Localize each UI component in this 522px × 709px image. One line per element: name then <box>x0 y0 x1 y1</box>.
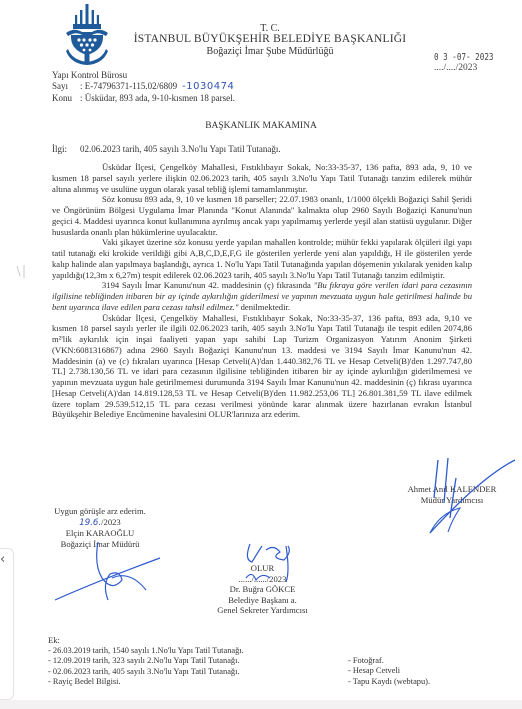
sayi-line: Sayı: E-74796371-115.02/6809-1030474 <box>52 81 234 92</box>
ilgi-line: İlgi:02.06.2023 tarih, 405 sayılı 3.No'l… <box>52 144 281 154</box>
enclosure-item: - 26.03.2019 tarih, 1540 sayılı 1.No'lu … <box>48 646 244 656</box>
enclosure-item: - 02.06.2023 tarih, 405 sayılı 3.No'lu Y… <box>48 667 244 677</box>
signer-left-name: Elçin KARAOĞLU <box>40 528 160 539</box>
addressee: BAŞKANLIK MAKAMINA <box>0 121 522 131</box>
date-stamp: 0 3 -07- 2023 <box>434 52 493 63</box>
margin-mark <box>14 262 34 282</box>
konu-value: : Üsküdar, 893 ada, 9-10-kısmen 18 parse… <box>80 93 235 103</box>
signer-left-date-year: /2023 <box>101 517 121 527</box>
enclosures-left: - 26.03.2019 tarih, 1540 sayılı 1.No'lu … <box>48 646 244 687</box>
sayi-label: Sayı <box>52 81 80 91</box>
sayi-handwritten: -1030474 <box>182 81 234 92</box>
enclosure-item: - Tapu Kaydı (webtapu). <box>348 677 430 687</box>
paragraph-3: Vaki şikayet üzerine söz konusu yerde ya… <box>52 237 472 280</box>
enclosure-item: - Fotoğraf. <box>348 656 430 666</box>
signature-scribble-left <box>50 540 170 605</box>
document-page: T. C. İSTANBUL BÜYÜKŞEHİR BELEDİYE BAŞKA… <box>0 0 522 709</box>
signer-center-title1: Belediye Başkanı a. <box>200 595 325 606</box>
printed-date: ..../..../2023 <box>434 63 477 73</box>
signer-left-date: 19.6./2023 <box>40 517 160 529</box>
enclosures-right: - Fotoğraf. - Hesap Cetveli - Tapu Kaydı… <box>348 656 430 687</box>
signer-center-title2: Genel Sekreter Yardımcısı <box>200 605 325 616</box>
letter-body: Üsküdar İlçesi, Çengelköy Mahallesi, Fıs… <box>52 162 472 420</box>
sayi-value: : E-74796371-115.02/6809 <box>80 81 177 91</box>
signature-scribble-center <box>240 542 300 587</box>
signature-scribble-right <box>390 458 520 538</box>
paragraph-4-outro: denilmektedir. <box>238 302 290 312</box>
chevron-left-icon[interactable]: ‹ <box>0 552 5 567</box>
paragraph-4: 3194 Sayılı İmar Kanunu'nun 42. maddesin… <box>52 280 472 312</box>
ibb-logo-icon <box>62 2 112 66</box>
enclosure-item: - Rayiç Bedel Bilgisi. <box>48 677 244 687</box>
paragraph-2: Söz konusu 893 ada, 9, 10 ve kısmen 18 p… <box>52 194 472 237</box>
konu-line: Konu: Üsküdar, 893 ada, 9-10-kısmen 18 p… <box>52 93 235 103</box>
konu-label: Konu <box>52 93 80 103</box>
approval-note: Uygun görüşle arz ederim. <box>40 506 160 517</box>
bureau-name: Yapı Kontrol Bürosu <box>52 70 127 80</box>
paragraph-5: Üsküdar İlçesi, Çengelköy Mahallesi, Fıs… <box>52 313 472 421</box>
signer-left-date-hand: 19.6. <box>79 518 101 528</box>
paragraph-1: Üsküdar İlçesi, Çengelköy Mahallesi, Fıs… <box>52 162 472 194</box>
header-organization: İSTANBUL BÜYÜKŞEHİR BELEDİYE BAŞKANLIĞI <box>120 33 420 45</box>
ilgi-value: 02.06.2023 tarih, 405 sayılı 3.No'lu Yap… <box>80 144 281 154</box>
viewer-bottom-bar <box>0 700 522 709</box>
ilgi-label: İlgi: <box>52 144 80 154</box>
previous-page-panel[interactable] <box>0 548 14 700</box>
enclosures-title: Ek: <box>48 635 60 645</box>
enclosure-item: - 12.09.2019 tarih, 323 sayılı 2.No'lu Y… <box>48 656 244 666</box>
paragraph-4-intro: 3194 Sayılı İmar Kanunu'nun 42. maddesin… <box>102 280 314 290</box>
header-department: Boğaziçi İmar Şube Müdürlüğü <box>120 46 420 57</box>
enclosure-item: - Hesap Cetveli <box>348 666 430 676</box>
